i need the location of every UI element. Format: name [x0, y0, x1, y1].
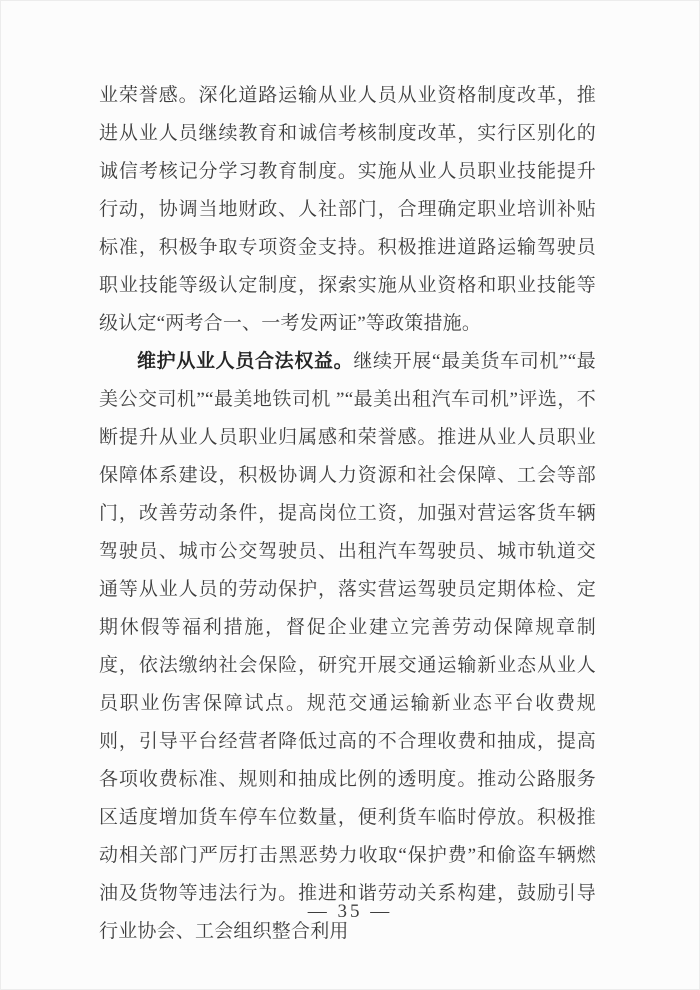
document-page: 业荣誉感。深化道路运输从业人员从业资格制度改革，推进从业人员继续教育和诚信考核制… — [0, 0, 700, 990]
paragraph-bold-lead: 维护从业人员合法权益。 — [137, 351, 353, 372]
body-text: 业荣誉感。深化道路运输从业人员从业资格制度改革，推进从业人员继续教育和诚信考核制… — [99, 77, 596, 951]
paragraph-text: 继续开展“最美货车司机”“最美公交司机”“最美地铁司机 ”“最美出租汽车司机”评… — [99, 351, 596, 942]
paragraph: 维护从业人员合法权益。继续开展“最美货车司机”“最美公交司机”“最美地铁司机 ”… — [99, 343, 596, 951]
paragraph: 业荣誉感。深化道路运输从业人员从业资格制度改革，推进从业人员继续教育和诚信考核制… — [99, 77, 596, 343]
paragraph-text: 业荣誉感。深化道路运输从业人员从业资格制度改革，推进从业人员继续教育和诚信考核制… — [99, 85, 596, 334]
page-number: — 35 — — [1, 901, 699, 923]
